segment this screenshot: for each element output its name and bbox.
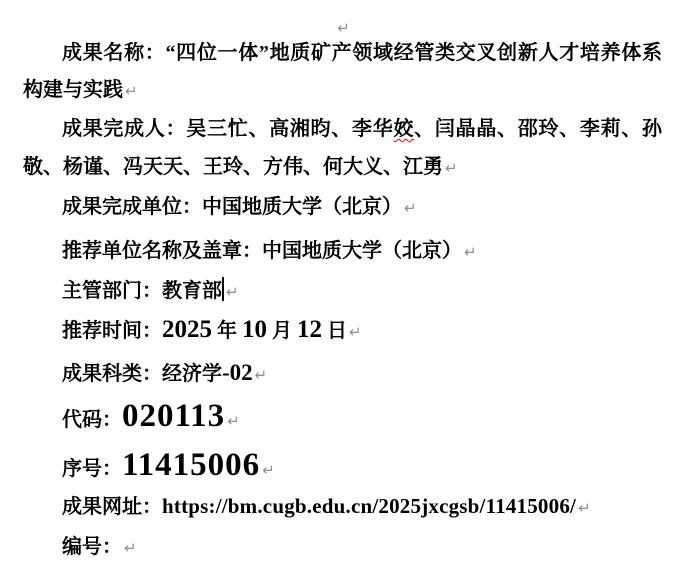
result-url-value[interactable]: https://bm.cugb.edu.cn/2025jxcgsb/114150… xyxy=(162,494,576,518)
result-name-value-line2[interactable]: 构建与实践 xyxy=(23,79,123,101)
recommend-date-month-unit[interactable]: 月 xyxy=(267,320,297,342)
number-line[interactable]: 编号：↵ xyxy=(23,537,662,557)
completing-unit-line[interactable]: 成果完成单位：中国地质大学（北京）↵ xyxy=(23,197,662,217)
paragraph-return-icon: ↵ xyxy=(404,199,417,217)
paragraph-return-icon: ↵ xyxy=(124,539,137,557)
code-value[interactable]: 020113 xyxy=(122,398,225,434)
result-name-line1[interactable]: 成果名称：“四位一体”地质矿产领域经管类交叉创新人才培养体系 xyxy=(23,43,662,63)
paragraph-return-icon: ↵ xyxy=(337,19,350,37)
recommending-unit-label[interactable]: 推荐单位名称及盖章： xyxy=(62,240,262,262)
category-code-suffix[interactable]: -02 xyxy=(222,360,253,385)
authority-label[interactable]: 主管部门： xyxy=(62,280,162,302)
recommend-date-month[interactable]: 10 xyxy=(242,316,267,343)
recommend-date-day-unit[interactable]: 日 xyxy=(322,320,347,342)
serial-number-line[interactable]: 序号：11415006↵ xyxy=(23,449,662,482)
authors-names-pre[interactable]: 吴三忙、高湘昀、李华 xyxy=(186,118,393,140)
paragraph-return-icon: ↵ xyxy=(445,159,458,177)
completing-unit-label[interactable]: 成果完成单位： xyxy=(62,196,202,218)
number-label[interactable]: 编号： xyxy=(62,536,122,558)
authors-label[interactable]: 成果完成人： xyxy=(62,118,186,140)
code-line[interactable]: 代码：020113↵ xyxy=(23,400,662,433)
paragraph-return-icon: ↵ xyxy=(262,461,275,479)
paragraph-return-icon: ↵ xyxy=(464,243,477,261)
code-label[interactable]: 代码： xyxy=(62,409,122,431)
recommending-unit-line[interactable]: 推荐单位名称及盖章：中国地质大学（北京）↵ xyxy=(23,241,662,261)
result-name-value-line1[interactable]: “四位一体”地质矿产领域经管类交叉创新人才培养体系 xyxy=(165,42,662,64)
serial-number-value[interactable]: 11415006 xyxy=(122,447,260,483)
authors-line1[interactable]: 成果完成人：吴三忙、高湘昀、李华姣、闫晶晶、邵玲、李莉、孙 xyxy=(23,119,662,139)
authors-names-line2[interactable]: 敬、杨谨、冯天天、王玲、方伟、何大义、江勇 xyxy=(23,156,443,178)
paragraph-return-icon: ↵ xyxy=(578,499,591,517)
category-label[interactable]: 成果科类： xyxy=(62,363,162,385)
recommend-date-year[interactable]: 2025 xyxy=(162,316,212,343)
serial-number-label[interactable]: 序号： xyxy=(62,458,122,480)
result-url-label[interactable]: 成果网址： xyxy=(62,496,162,518)
recommend-date-line[interactable]: 推荐时间：2025 年 10 月 12 日↵ xyxy=(23,317,662,342)
paragraph-return-icon: ↵ xyxy=(226,283,239,301)
paragraph-return-icon: ↵ xyxy=(227,412,240,430)
authority-value[interactable]: 教育部 xyxy=(162,280,222,302)
recommend-date-label[interactable]: 推荐时间： xyxy=(62,320,162,342)
category-line[interactable]: 成果科类：经济学-02↵ xyxy=(23,361,662,384)
paragraph-return-icon: ↵ xyxy=(125,82,138,100)
recommend-date-year-unit[interactable]: 年 xyxy=(212,320,242,342)
paragraph-return-icon: ↵ xyxy=(255,366,268,384)
category-value[interactable]: 经济学 xyxy=(162,363,222,385)
authority-line[interactable]: 主管部门：教育部↵ xyxy=(23,277,662,301)
document-page[interactable]: ↵ 成果名称：“四位一体”地质矿产领域经管类交叉创新人才培养体系 构建与实践↵ … xyxy=(0,0,685,587)
result-name-line2[interactable]: 构建与实践↵ xyxy=(23,80,662,100)
result-name-label[interactable]: 成果名称： xyxy=(62,42,165,64)
completing-unit-value[interactable]: 中国地质大学（北京） xyxy=(202,196,402,218)
paragraph-return-icon: ↵ xyxy=(349,323,362,341)
recommend-date-day[interactable]: 12 xyxy=(297,316,322,343)
authors-name-spellcheck-flagged[interactable]: 姣 xyxy=(393,118,414,140)
text-caret xyxy=(222,277,224,301)
recommending-unit-value[interactable]: 中国地质大学（北京） xyxy=(262,240,462,262)
authors-line2[interactable]: 敬、杨谨、冯天天、王玲、方伟、何大义、江勇↵ xyxy=(23,157,662,177)
empty-paragraph-line[interactable]: ↵ xyxy=(0,17,685,37)
authors-names-post[interactable]: 、闫晶晶、邵玲、李莉、孙 xyxy=(414,118,662,140)
result-url-line[interactable]: 成果网址：https://bm.cugb.edu.cn/2025jxcgsb/1… xyxy=(23,496,662,517)
